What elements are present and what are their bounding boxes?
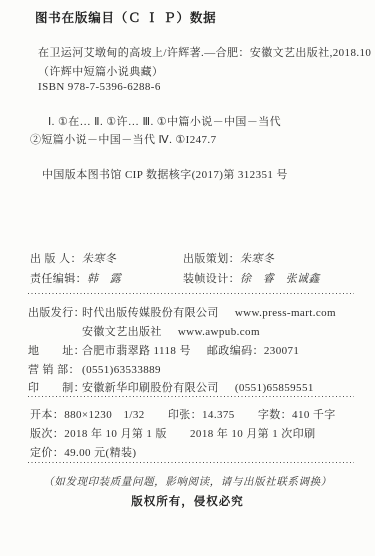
cip-record-number: 中国版本图书馆 CIP 数据核字(2017)第 312351 号 bbox=[42, 166, 288, 182]
row-value: 时代出版传媒股份有限公司 bbox=[82, 304, 219, 320]
row-extra: www.awpub.com bbox=[178, 326, 260, 338]
publishing-row: 安徽文艺出版社 www.awpub.com bbox=[28, 323, 358, 339]
sheets-spec: 印张：14.375 bbox=[168, 409, 235, 421]
copyright-notice: 版权所有，侵权必究 bbox=[0, 493, 375, 509]
printing-row: 开本：880×1230 1/32 印张：14.375 字数：410 千字 bbox=[30, 406, 336, 422]
editor-name: 韩 露 bbox=[87, 273, 121, 285]
impression-spec: 2018 年 10 月第 1 次印刷 bbox=[190, 428, 315, 440]
edition-spec: 版次：2018 年 10 月第 1 版 bbox=[30, 428, 167, 440]
cip-header: 图书在版编目（Ｃ Ｉ Ｐ）数据 bbox=[35, 8, 216, 26]
editor-label: 责任编辑： bbox=[30, 270, 87, 286]
planner-row: 出版策划：朱寒冬 bbox=[183, 250, 274, 266]
row-extra: www.press-mart.com bbox=[235, 307, 336, 319]
copyright-page: 图书在版编目（Ｃ Ｉ Ｐ）数据 在卫运河艾墩甸的高坡上/许辉著.—合肥：安徽文艺… bbox=[0, 0, 375, 556]
cip-class-line-1: Ⅰ. ①在… Ⅱ. ①许… Ⅲ. ①中篇小说－中国－当代 bbox=[48, 113, 281, 129]
cip-series-line: （许辉中短篇小说典藏） bbox=[38, 63, 163, 79]
row-label: 出版发行： bbox=[28, 304, 82, 320]
dotted-divider bbox=[28, 396, 354, 398]
cip-title-line: 在卫运河艾墩甸的高坡上/许辉著.—合肥：安徽文艺出版社,2018.10 bbox=[38, 44, 371, 60]
cip-isbn: ISBN 978-7-5396-6288-6 bbox=[38, 81, 161, 93]
row-extra: 邮政编码：230071 bbox=[207, 342, 299, 358]
designer-name: 徐 睿 张诚鑫 bbox=[240, 273, 320, 285]
dotted-divider bbox=[28, 293, 354, 295]
row-value: (0551)63533889 bbox=[82, 364, 161, 376]
wordcount-spec: 字数：410 千字 bbox=[258, 409, 336, 421]
planner-name: 朱寒冬 bbox=[240, 253, 274, 265]
designer-row: 装帧设计：徐 睿 张诚鑫 bbox=[183, 270, 320, 286]
printing-row: 版次：2018 年 10 月第 1 版 2018 年 10 月第 1 次印刷 bbox=[30, 425, 315, 441]
row-value: 安徽新华印刷股份有限公司 bbox=[82, 379, 219, 395]
publishing-row: 印 制： 安徽新华印刷股份有限公司 (0551)65859551 bbox=[28, 379, 358, 395]
editor-row: 责任编辑：韩 露 bbox=[30, 270, 121, 286]
publishing-row: 出版发行： 时代出版传媒股份有限公司 www.press-mart.com bbox=[28, 304, 358, 320]
publishing-row: 地 址： 合肥市翡翠路 1118 号 邮政编码：230071 bbox=[28, 342, 358, 358]
publisher-row: 出 版 人：朱寒冬 bbox=[30, 250, 116, 266]
printing-row: 定价：49.00 元(精装) bbox=[30, 444, 136, 460]
publisher-label: 出 版 人： bbox=[30, 250, 82, 266]
row-label: 印 制： bbox=[28, 379, 82, 395]
row-extra: (0551)65859551 bbox=[235, 382, 314, 394]
price-spec: 定价：49.00 元(精装) bbox=[30, 447, 136, 459]
format-spec: 开本：880×1230 1/32 bbox=[30, 409, 145, 421]
row-value: 安徽文艺出版社 bbox=[82, 323, 162, 339]
publishing-row: 营 销 部： (0551)63533889 bbox=[28, 361, 358, 377]
dotted-divider bbox=[28, 462, 354, 464]
row-label: 营 销 部： bbox=[28, 361, 82, 377]
designer-label: 装帧设计： bbox=[183, 270, 240, 286]
publisher-name: 朱寒冬 bbox=[82, 253, 116, 265]
cip-class-line-2: ②短篇小说－中国－当代 Ⅳ. ①I247.7 bbox=[30, 131, 216, 147]
planner-label: 出版策划： bbox=[183, 250, 240, 266]
row-label: 地 址： bbox=[28, 342, 82, 358]
row-value: 合肥市翡翠路 1118 号 bbox=[82, 342, 191, 358]
quality-note: （如发现印装质量问题，影响阅读，请与出版社联系调换） bbox=[0, 474, 375, 489]
